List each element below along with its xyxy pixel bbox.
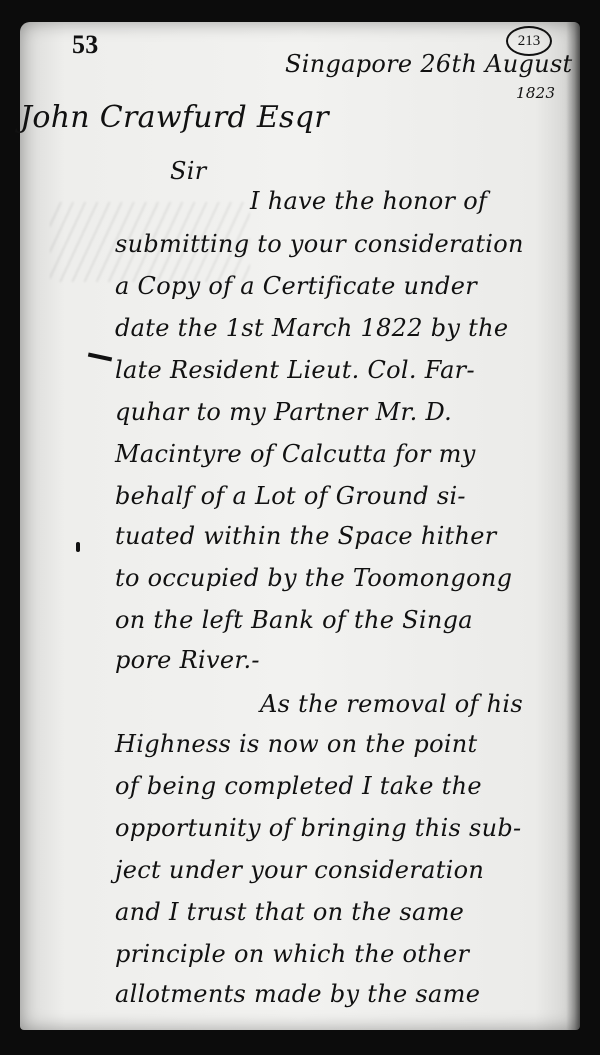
letter-line: to occupied by the Toomongong [115, 564, 512, 592]
letter-line: I have the honor of [250, 187, 487, 215]
place-and-date: Singapore 26th August [285, 50, 573, 78]
letter-line: behalf of a Lot of Ground si- [115, 482, 466, 510]
margin-tick-mark [76, 542, 80, 552]
letter-line: and I trust that on the same [115, 898, 464, 926]
letter-line: quhar to my Partner Mr. D. [115, 398, 452, 426]
letter-line: Macintyre of Calcutta for my [115, 440, 476, 468]
letter-line: principle on which the other [115, 940, 469, 968]
addressee: John Crawfurd Esqr [20, 100, 329, 135]
year: 1823 [516, 84, 555, 102]
letter-line: pore River.- [115, 646, 260, 674]
letter-line: date the 1st March 1822 by the [115, 314, 508, 342]
letter-line: As the removal of his [260, 690, 523, 718]
letter-line: Highness is now on the point [115, 730, 478, 758]
salutation: Sir [170, 157, 207, 185]
letter-line: submitting to your consideration [115, 230, 524, 258]
folio-number: 53 [72, 30, 99, 60]
letter-line: opportunity of bringing this sub- [115, 814, 521, 842]
letter-line: tuated within the Space hither [115, 522, 497, 550]
letter-line: on the left Bank of the Singa [115, 606, 473, 634]
manuscript-page: 53 213 Singapore 26th August 1823 John C… [20, 22, 580, 1030]
letter-line: of being completed I take the [115, 772, 482, 800]
letter-line: ject under your consideration [115, 856, 484, 884]
letter-line: a Copy of a Certificate under [115, 272, 477, 300]
page-edge-shadow [566, 22, 580, 1030]
letter-line: late Resident Lieut. Col. Far- [115, 356, 475, 384]
letter-line: allotments made by the same [115, 980, 480, 1008]
